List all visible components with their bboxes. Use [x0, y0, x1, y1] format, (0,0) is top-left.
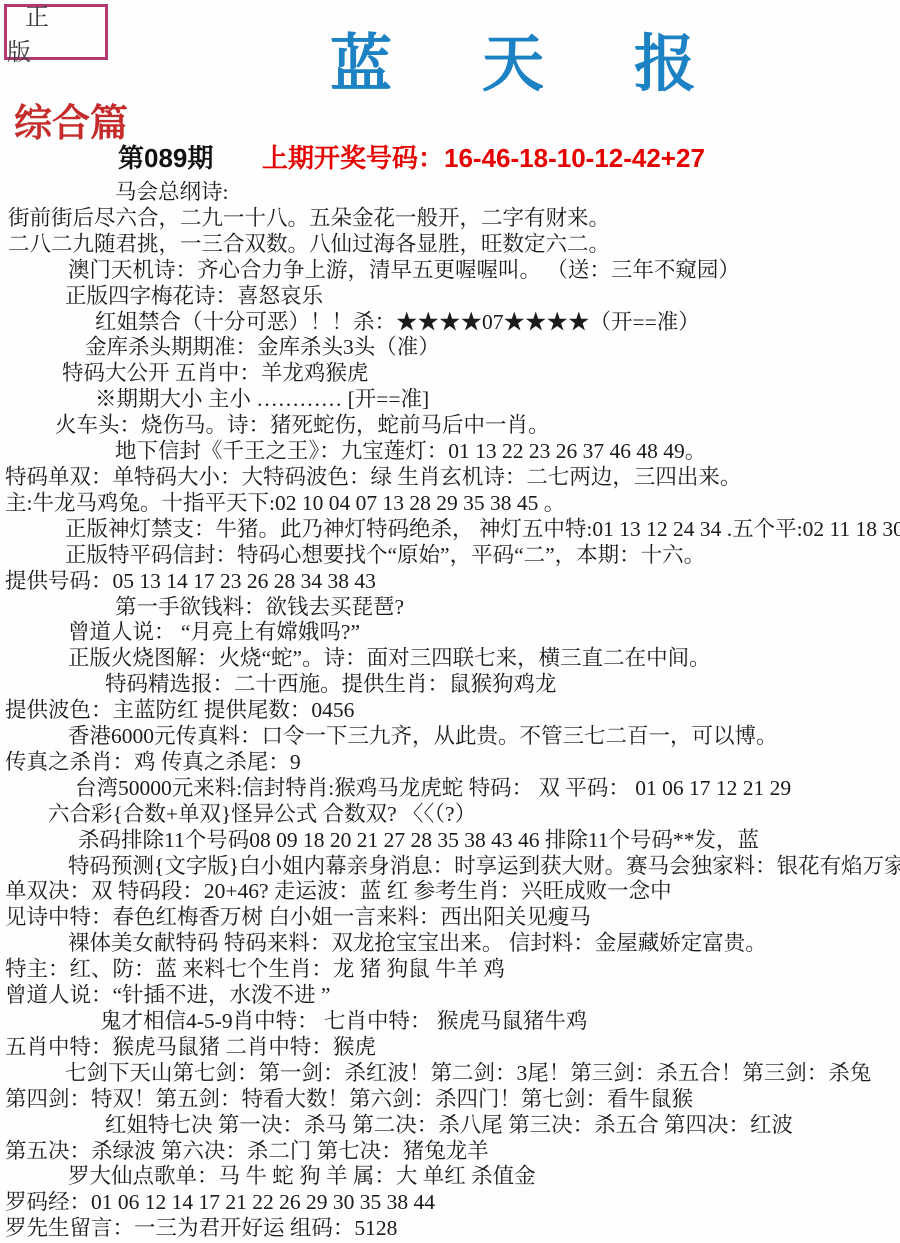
text-line: 罗大仙点歌单：马 牛 蛇 狗 羊 属：大 单红 杀值金 [0, 1164, 900, 1190]
text-line: 地下信封《千王之王》：九宝莲灯：01 13 22 23 26 37 46 48 … [0, 439, 900, 465]
text-line: 特码大公开 五肖中：羊龙鸡猴虎 [0, 361, 900, 387]
text-line: 杀码排除11个号码08 09 18 20 21 27 28 35 38 43 4… [0, 828, 900, 854]
text-line: 特码预测{文字版}白小姐内幕亲身消息：时享运到获大财。赛马会独家料：银花有焰万家… [0, 854, 900, 880]
text-line: 曾道人说： “月亮上有嫦娥吗?” [0, 620, 900, 646]
text-line: 正版四字梅花诗：喜怒哀乐 [0, 284, 900, 310]
text-line: 正版神灯禁支：牛猪。此乃神灯特码绝杀， 神灯五中特:01 13 12 24 34… [0, 517, 900, 543]
text-line: 主:牛龙马鸡兔。十指平天下:02 10 04 07 13 28 29 35 38… [0, 491, 900, 517]
text-line: 第一手欲钱料：欲钱去买琵琶? [0, 595, 900, 621]
text-line: 马会总纲诗: [0, 180, 900, 206]
text-line: 单双决：双 特码段：20+46? 走运波：蓝 红 参考生肖：兴旺成败一念中 [0, 879, 900, 905]
text-line: 曾道人说：“针插不进，水泼不进 ” [0, 983, 900, 1009]
text-line: 第四剑：特双！第五剑：特看大数！第六剑：杀四门！第七剑：看牛鼠猴 [0, 1087, 900, 1113]
text-line: 香港6000元传真料：口令一下三九齐，从此贵。不管三七二百一，可以博。 [0, 724, 900, 750]
text-line: 澳门天机诗：齐心合力争上游，清早五更喔喔叫。 （送：三年不窥园） [0, 258, 900, 284]
text-line: 特码单双：单特码大小：大特码波色：绿 生肖玄机诗：二七两边，三四出来。 [0, 465, 900, 491]
text-line: ※期期大小 主小 ………… [开==准] [0, 387, 900, 413]
text-line: 提供号码：05 13 14 17 23 26 28 34 38 43 [0, 569, 900, 595]
text-line: 正版特平码信封：特码心想要找个“原始”，平码“二”，本期：十六。 [0, 543, 900, 569]
issue-number: 第089期 [118, 138, 213, 175]
text-line: 特主：红、防：蓝 来料七个生肖：龙 猪 狗鼠 牛羊 鸡 [0, 957, 900, 983]
section-title: 综合篇 [14, 92, 128, 147]
text-line: 提供波色：主蓝防红 提供尾数：0456 [0, 698, 900, 724]
text-line: 见诗中特：春色红梅香万树 白小姐一言来料：西出阳关见瘦马 [0, 905, 900, 931]
authentic-badge-label: 正 版 [7, 0, 105, 67]
text-line: 火车头：烧伤马。诗：猪死蛇伤，蛇前马后中一肖。 [0, 413, 900, 439]
text-line: 传真之杀肖：鸡 传真之杀尾：9 [0, 750, 900, 776]
text-line: 金库杀头期期准：金库杀头3头（准） [0, 335, 900, 361]
text-line: 正版火烧图解：火烧“蛇”。诗：面对三四联七来，横三直二在中间。 [0, 646, 900, 672]
text-line: 街前街后尽六合，二九一十八。五朵金花一般开，二字有财来。 [0, 206, 900, 232]
text-line: 第五决：杀绿波 第六决：杀二门 第七决：猪兔龙羊 [0, 1139, 900, 1165]
text-line: 红姐特七决 第一决：杀马 第二决：杀八尾 第三决：杀五合 第四决：红波 [0, 1113, 900, 1139]
text-line: 鬼才相信4-5-9肖中特： 七肖中特： 猴虎马鼠猪牛鸡 [0, 1009, 900, 1035]
text-line: 七剑下天山第七剑：第一剑：杀红波！第二剑：3尾！第三剑：杀五合！第三剑：杀兔 [0, 1061, 900, 1087]
text-line: 特码精选报：二十西施。提供生肖：鼠猴狗鸡龙 [0, 672, 900, 698]
text-line: 台湾50000元来料:信封特肖:猴鸡马龙虎蛇 特码： 双 平码： 01 06 1… [0, 776, 900, 802]
text-line: 罗先生留言：一三为君开好运 组码：5128 [0, 1216, 900, 1242]
last-draw-numbers: 上期开奖号码：16-46-18-10-12-42+27 [262, 138, 705, 175]
body-lines: 马会总纲诗:街前街后尽六合，二九一十八。五朵金花一般开，二字有财来。二八二九随君… [0, 180, 900, 1242]
newspaper-page: 正 版 蓝天报 综合篇 第089期 上期开奖号码：16-46-18-10-12-… [0, 0, 900, 1243]
text-line: 五肖中特：猴虎马鼠猪 二肖中特：猴虎 [0, 1035, 900, 1061]
authentic-badge: 正 版 [4, 4, 108, 60]
text-line: 裸体美女献特码 特码来料：双龙抢宝宝出来。 信封料：金屋藏娇定富贵。 [0, 931, 900, 957]
text-line: 罗码经：01 06 12 14 17 21 22 26 29 30 35 38 … [0, 1190, 900, 1216]
text-line: 六合彩{合数+单双}怪异公式 合数双? 〈〈（?） [0, 802, 900, 828]
text-line: 红姐禁合（十分可恶）！！杀：★★★★07★★★★（开==准） [0, 310, 900, 336]
text-line: 二八二九随君挑，一三合双数。八仙过海各显胜，旺数定六二。 [0, 232, 900, 258]
page-title: 蓝天报 [240, 14, 740, 103]
